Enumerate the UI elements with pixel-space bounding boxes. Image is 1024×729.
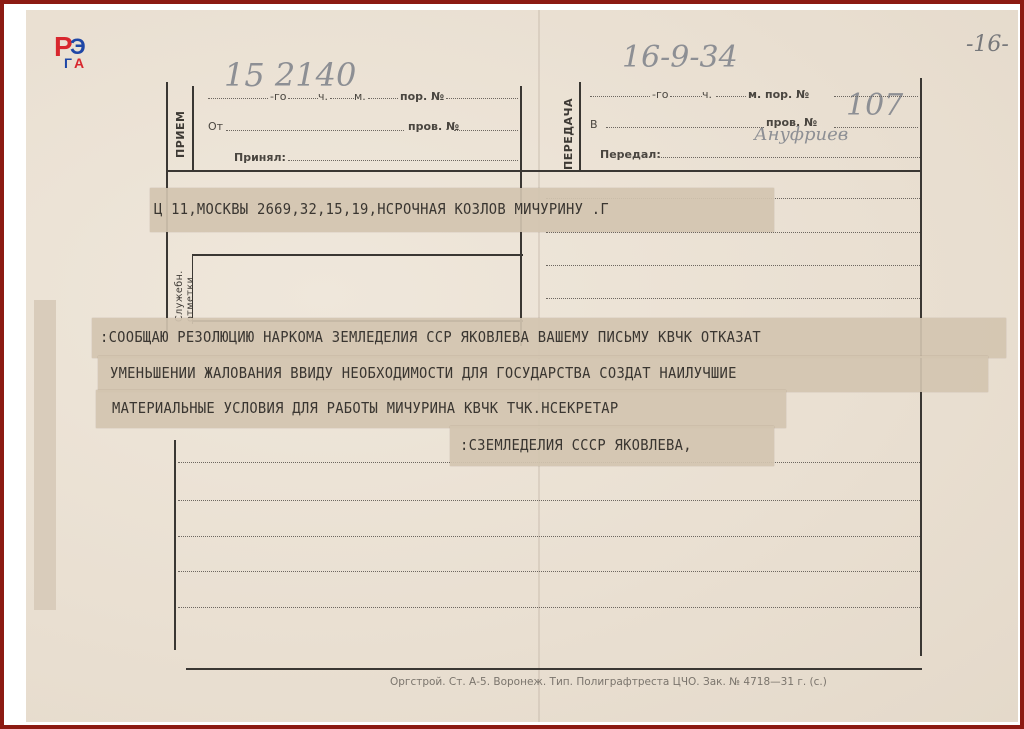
telegram-tape-3: МАТЕРИАЛЬНЫЕ УСЛОВИЯ ДЛЯ РАБОТЫ МИЧУРИНА… [96,390,786,428]
telegram-line-4: :СЗЕМЛЕДЕЛИЯ СССР ЯКОВЛЕВА, [460,436,692,454]
receive-bottom-border [168,170,522,172]
body-left-border [174,440,176,650]
receive-inner-border [192,86,194,170]
telegram-header-tape: Ц 11,МОСКВЫ 2669,32,15,19,НСРОЧНАЯ КОЗЛО… [150,188,774,232]
receive-accepted-label: Принял: [234,151,286,164]
left-paper-tab [34,300,56,610]
archive-logo-icon: Р Э Г А [54,30,90,70]
transmit-to-label: В [590,118,598,131]
telegram-tape-4: :СЗЕМЛЕДЕЛИЯ СССР ЯКОВЛЕВА, [450,426,774,466]
receive-from-label: От [208,120,223,133]
svg-text:А: А [74,55,84,70]
page-number: -16- [966,32,1009,57]
transmit-bottom-border [522,170,922,172]
transmit-inner-border [579,82,581,170]
receive-serial-label: пор. № [400,90,444,103]
telegram-form: Р Э Г А 15 2140 16-9-34 107 Ануфриев -16… [26,10,1018,722]
receive-hour-label: ч. [318,90,328,103]
svg-text:Г: Г [64,55,72,70]
transmit-go-label: -го [652,88,668,101]
handwritten-date: 16-9-34 [622,40,738,75]
telegram-tape-2: УМЕНЬШЕНИИ ЖАЛОВАНИЯ ВВИДУ НЕОБХОДИМОСТИ… [98,356,988,392]
archive-frame: Р Э Г А 15 2140 16-9-34 107 Ануфриев -16… [4,4,1020,725]
handwritten-number: 107 [846,88,903,123]
receive-go-label: -го [270,90,286,103]
body-bottom-border [186,668,922,670]
receive-title: ПРИЕМ [174,111,187,158]
telegram-line-3: МАТЕРИАЛЬНЫЕ УСЛОВИЯ ДЛЯ РАБОТЫ МИЧУРИНА… [112,399,618,417]
transmit-serial-label: м. пор. № [748,88,809,101]
transmit-title: ПЕРЕДАЧА [562,98,575,170]
receive-wire-label: пров. № [408,120,459,133]
printer-imprint: Оргстрой. Ст. А-5. Воронеж. Тип. Полигра… [390,676,827,688]
transmit-sent-label: Передал: [600,148,661,161]
transmit-wire-label: пров. № [766,116,817,129]
telegram-line-1: :СООБЩАЮ РЕЗОЛЮЦИЮ НАРКОМА ЗЕМЛЕДЕЛИЯ СС… [100,328,761,346]
handwritten-receive-time: 15 2140 [224,56,356,94]
receive-minute-label: м. [354,90,366,103]
telegram-line-2: УМЕНЬШЕНИИ ЖАЛОВАНИЯ ВВИДУ НЕОБХОДИМОСТИ… [110,364,737,382]
service-notes-label: Служебн. отметки [174,270,196,322]
telegram-tape-1: :СООБЩАЮ РЕЗОЛЮЦИЮ НАРКОМА ЗЕМЛЕДЕЛИЯ СС… [92,318,1006,358]
telegram-header: Ц 11,МОСКВЫ 2669,32,15,19,НСРОЧНАЯ КОЗЛО… [154,200,609,218]
transmit-hour-label: ч. [702,88,712,101]
